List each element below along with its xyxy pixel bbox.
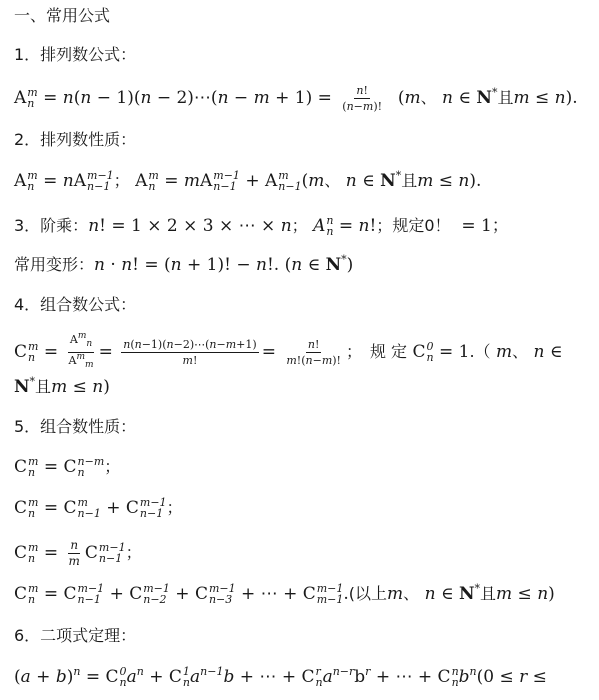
formula-binomial: (a + b)n = C0nan + C1nan−1b + ⋯ + Crnan−…	[14, 666, 547, 689]
formula-factorial-variant: 常用变形：n · n! = (n + 1)! − n!. (n ∈ N*)	[14, 254, 353, 276]
formula-factorial: 3．阶乘：n! = 1 × 2 × 3 × ⋯ × n； Ann = n!；规定…	[14, 215, 509, 238]
heading-permutation-formula: 1．排列数公式：	[14, 44, 136, 66]
formula-permutation: Amn = n(n − 1)(n − 2)⋯(n − m + 1) = n!(n…	[14, 84, 578, 113]
formula-combination-symmetry: Cmn = Cn−mn；	[14, 456, 120, 479]
formula-combination-sum: Cmn = Cm−1n−1 + Cm−1n−2 + Cm−1n−3 + ⋯ + …	[14, 583, 555, 606]
formula-combination-ratio: Cmn = nmCm−1n−1；	[14, 539, 142, 568]
formula-combination-condition: N*且m ≤ n)	[14, 376, 110, 398]
formula-combination-pascal: Cmn = Cmn−1 + Cm−1n−1；	[14, 497, 183, 520]
formula-permutation-properties: Amn = nAm−1n−1； Amn = mAm−1n−1 + Amn−1(m…	[14, 170, 481, 193]
heading-combination-properties: 5．组合数性质：	[14, 416, 136, 438]
heading-permutation-properties: 2．排列数性质：	[14, 129, 136, 151]
formula-combination: Cmn = AmnAmm= n(n−1)(n−2)⋯(n−m+1)m!= n!m…	[14, 333, 562, 372]
section-title: 一、常用公式	[14, 5, 110, 27]
heading-combination-formula: 4．组合数公式：	[14, 294, 136, 316]
heading-binomial-theorem: 6．二项式定理：	[14, 625, 136, 647]
